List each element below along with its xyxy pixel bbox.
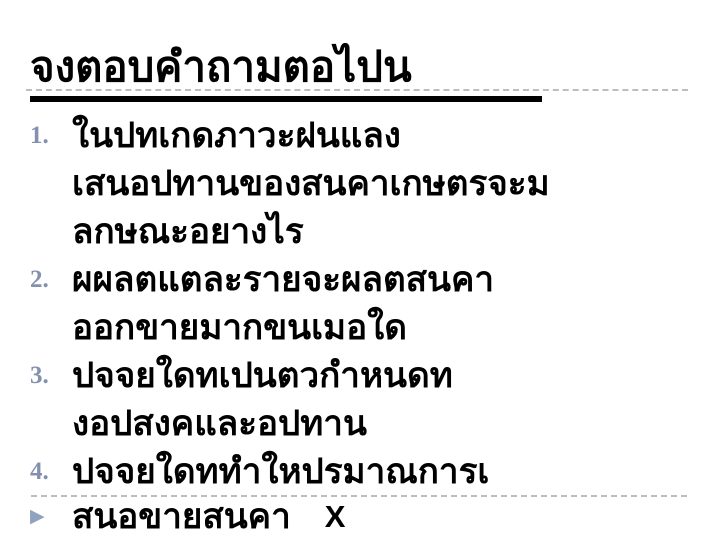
item-number: 1. [30,112,72,160]
item-text: ในปทเกดภาวะฝนแลง เสนอปทานของสนคาเกษตรจะม… [72,112,692,256]
item-number: 4. [30,448,72,496]
slide: จงตอบคำถามตอไปน 1. ในปทเกดภาวะฝนแลง เสนอ… [0,0,720,540]
list-item: 1. ในปทเกดภาวะฝนแลง เสนอปทานของสนคาเกษตร… [30,112,692,256]
question-list: 1. ในปทเกดภาวะฝนแลง เสนอปทานของสนคาเกษตร… [30,112,692,496]
item-text: ปจจยใดททำใหปรมาณการเ [72,448,692,496]
triangle-bullet-icon: ▶ [30,494,72,540]
list-item: 2. ผผลตแตละรายจะผลตสนคา ออกขายมากขนเมอใด [30,256,692,352]
bullet-row: ▶ สนอขายสนคา X [30,494,345,540]
item-text: ปจจยใดทเปนตวกำหนดท งอปสงคและอปทาน [72,352,692,448]
item-text: ผผลตแตละรายจะผลตสนคา ออกขายมากขนเมอใด [72,256,692,352]
list-item: 3. ปจจยใดทเปนตวกำหนดท งอปสงคและอปทาน [30,352,692,448]
item-number: 2. [30,256,72,304]
title-underline [30,96,542,102]
bullet-suffix-x: X [325,494,346,540]
slide-title: จงตอบคำถามตอไปน [30,42,412,92]
list-item: 4. ปจจยใดททำใหปรมาณการเ [30,448,692,496]
bullet-text: สนอขายสนคา [72,494,291,540]
item-number: 3. [30,352,72,400]
